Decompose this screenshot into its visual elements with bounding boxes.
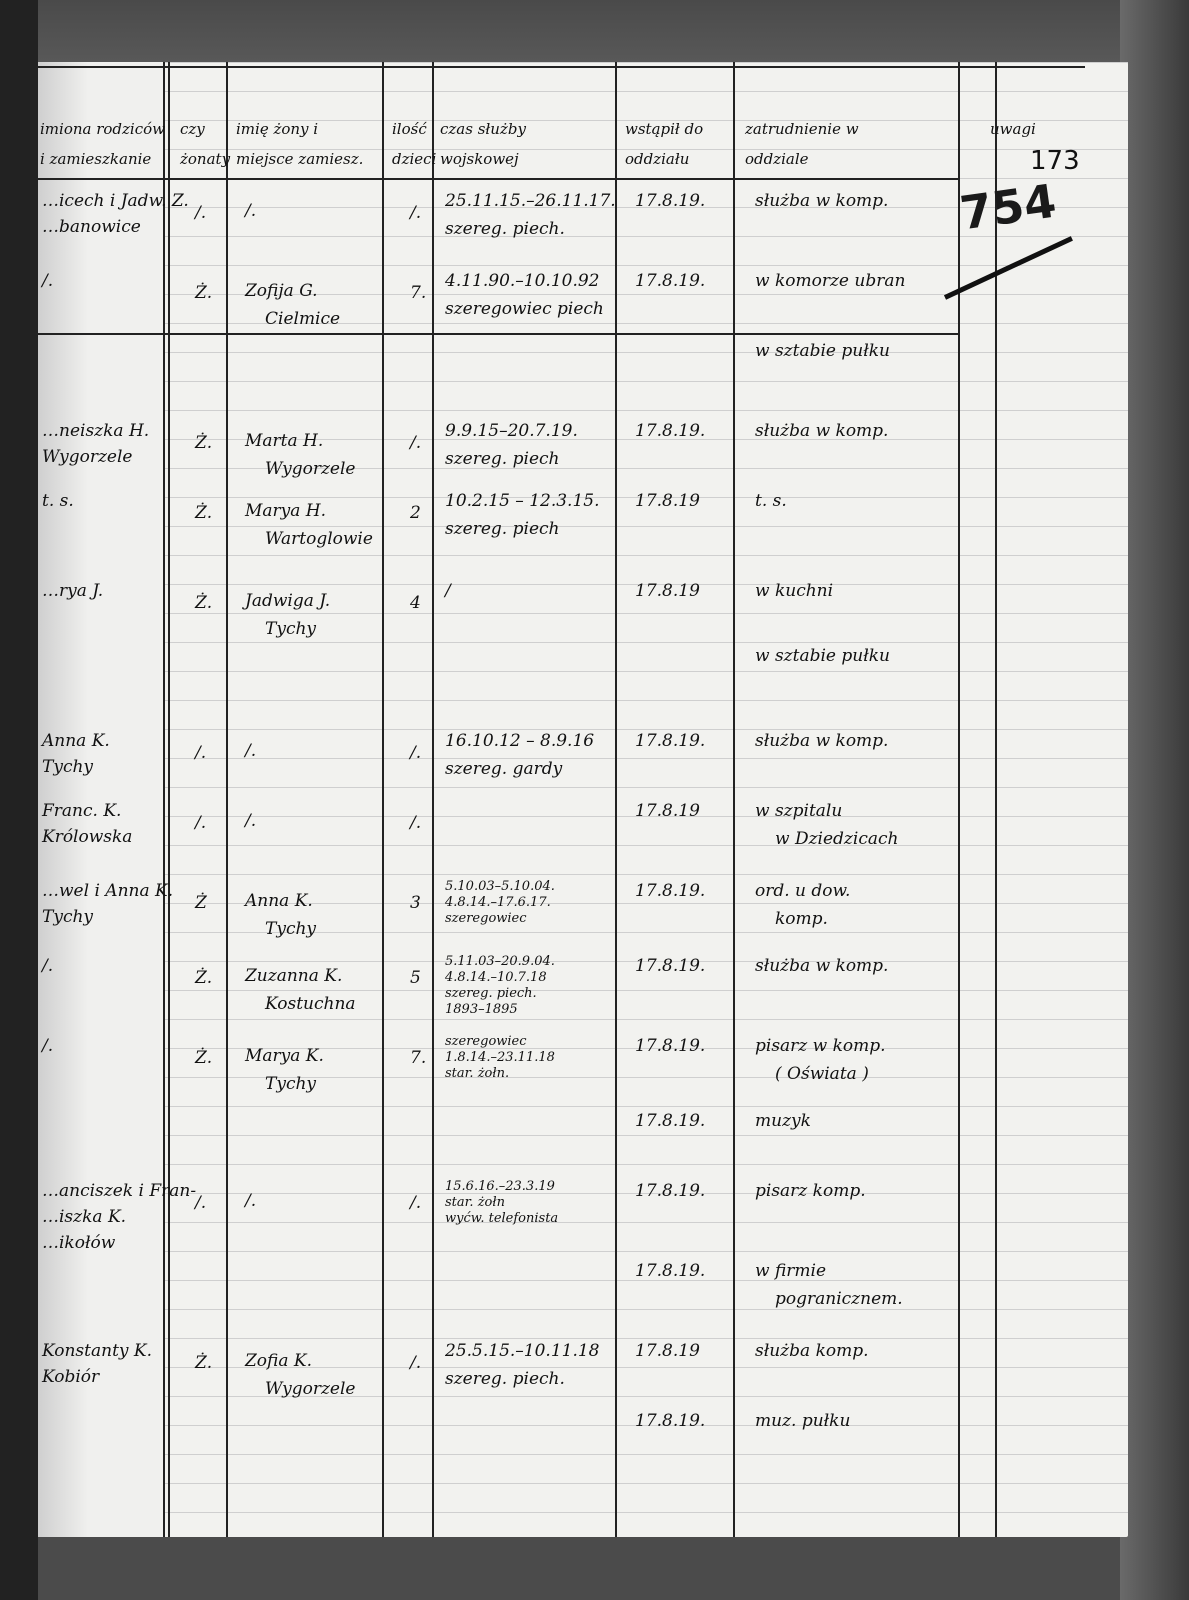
wife-cell: Tychy xyxy=(265,618,316,640)
service-cell: 10.2.15 – 12.3.15. xyxy=(445,490,600,512)
ruled-line xyxy=(38,555,1128,556)
column-divider xyxy=(163,62,165,1537)
scan-background-left xyxy=(0,0,38,1600)
married-cell: /. xyxy=(195,812,206,834)
parents-cell: Tychy xyxy=(42,756,93,778)
married-cell: Ż. xyxy=(195,432,212,454)
service-cell: 16.10.12 – 8.9.16 xyxy=(445,730,594,752)
column-header-wife: imię żony i xyxy=(236,118,318,140)
ruled-line xyxy=(38,91,1128,92)
ruled-line xyxy=(38,1425,1128,1426)
duty-cell: ( Oświata ) xyxy=(775,1063,869,1085)
children-cell: /. xyxy=(410,432,421,454)
ruled-line xyxy=(38,1077,1128,1078)
service-cell: szeregowiec xyxy=(445,1035,527,1049)
ruled-line xyxy=(38,671,1128,672)
service-cell: szereg. piech. xyxy=(445,218,565,240)
ruled-line xyxy=(38,1135,1128,1136)
wife-cell: Wartoglowie xyxy=(265,528,373,550)
duty-cell: służba komp. xyxy=(755,1340,869,1362)
duty-cell: pisarz komp. xyxy=(755,1180,866,1202)
joined-cell: 17.8.19. xyxy=(635,1410,705,1432)
joined-cell: 17.8.19. xyxy=(635,1110,705,1132)
service-cell: 1.8.14.–23.11.18 xyxy=(445,1051,555,1065)
column-header-children: dzieci xyxy=(392,148,436,170)
ruled-line xyxy=(38,265,1128,266)
duty-cell: pisarz w komp. xyxy=(755,1035,886,1057)
ruled-line xyxy=(38,990,1128,991)
ruled-line xyxy=(38,468,1128,469)
ruled-line xyxy=(38,323,1128,324)
parents-cell: Franc. K. xyxy=(42,800,121,822)
column-header-parents: imiona rodziców xyxy=(40,118,165,140)
wife-cell: Zofia K. xyxy=(245,1350,312,1372)
joined-cell: 17.8.19. xyxy=(635,1180,705,1202)
column-header-married: żonaty xyxy=(180,148,230,170)
service-cell: star. żołn. xyxy=(445,1067,509,1081)
joined-cell: 17.8.19. xyxy=(635,1035,705,1057)
column-header-remarks: uwagi xyxy=(990,118,1036,140)
ruled-line xyxy=(38,1280,1128,1281)
duty-cell: muzyk xyxy=(755,1110,811,1132)
duty-cell: w firmie xyxy=(755,1260,826,1282)
joined-cell: 17.8.19. xyxy=(635,880,705,902)
wife-cell: Marya H. xyxy=(245,500,326,522)
ruled-line xyxy=(38,381,1128,382)
children-cell: 5 xyxy=(410,967,421,989)
joined-cell: 17.8.19. xyxy=(635,270,705,292)
parents-cell: Królowska xyxy=(42,826,132,848)
parents-cell: Anna K. xyxy=(42,730,110,752)
service-cell: 15.6.16.–23.3.19 xyxy=(445,1180,555,1194)
top-border xyxy=(38,66,1085,68)
joined-cell: 17.8.19 xyxy=(635,490,700,512)
parents-cell: …banowice xyxy=(42,216,141,238)
married-cell: /. xyxy=(195,1192,206,1214)
children-cell: /. xyxy=(410,1192,421,1214)
duty-cell: muz. pułku xyxy=(755,1410,850,1432)
wife-cell: Zuzanna K. xyxy=(245,965,342,987)
joined-cell: 17.8.19 xyxy=(635,800,700,822)
service-cell: 25.5.15.–10.11.18 xyxy=(445,1340,600,1362)
married-cell: /. xyxy=(195,742,206,764)
ruled-line xyxy=(38,1396,1128,1397)
wife-cell: Wygorzele xyxy=(265,458,355,480)
joined-cell: 17.8.19 xyxy=(635,580,700,602)
wife-cell: Tychy xyxy=(265,1073,316,1095)
duty-cell: w sztabie pułku xyxy=(755,645,890,667)
married-cell: Ż. xyxy=(195,502,212,524)
ruled-line xyxy=(38,787,1128,788)
duty-cell: komp. xyxy=(775,908,828,930)
service-cell: szereg. piech xyxy=(445,448,559,470)
children-cell: /. xyxy=(410,812,421,834)
joined-cell: 17.8.19. xyxy=(635,1260,705,1282)
parents-cell: /. xyxy=(42,955,53,977)
service-cell: szeregowiec piech xyxy=(445,298,604,320)
service-cell: szereg. piech. xyxy=(445,1368,565,1390)
column-divider xyxy=(958,62,960,1537)
parents-cell: …icech i Jadw. Z. xyxy=(42,190,189,212)
joined-cell: 17.8.19. xyxy=(635,420,705,442)
children-cell: 2 xyxy=(410,502,421,524)
parents-cell: …iszka K. xyxy=(42,1206,126,1228)
service-cell: szereg. gardy xyxy=(445,758,562,780)
service-cell: / xyxy=(445,580,451,602)
scan-background-right xyxy=(1120,0,1189,1600)
ruled-line xyxy=(38,584,1128,585)
column-header-married: czy xyxy=(180,118,205,140)
service-cell: 5.11.03–20.9.04. xyxy=(445,955,555,969)
ruled-line xyxy=(38,1106,1128,1107)
ruled-line xyxy=(38,1019,1128,1020)
children-cell: 7. xyxy=(410,282,426,304)
married-cell: Ż. xyxy=(195,1047,212,1069)
children-cell: /. xyxy=(410,202,421,224)
column-header-service: wojskowej xyxy=(440,148,519,170)
column-divider xyxy=(168,62,170,1537)
service-cell: 5.10.03–5.10.04. xyxy=(445,880,555,894)
duty-cell: ord. u dow. xyxy=(755,880,850,902)
service-cell: szeregowiec xyxy=(445,912,527,926)
duty-cell: t. s. xyxy=(755,490,787,512)
parents-cell: …rya J. xyxy=(42,580,103,602)
column-header-parents: i zamieszkanie xyxy=(40,148,151,170)
section-rule xyxy=(38,333,958,335)
ruled-line xyxy=(38,932,1128,933)
ruled-line xyxy=(38,62,1128,63)
duty-cell: służba w komp. xyxy=(755,190,888,212)
ruled-line xyxy=(38,352,1128,353)
wife-cell: Jadwiga J. xyxy=(245,590,330,612)
duty-cell: w szpitalu xyxy=(755,800,842,822)
column-header-duty: oddziale xyxy=(745,148,809,170)
wife-cell: Zofija G. xyxy=(245,280,318,302)
married-cell: Ż. xyxy=(195,1352,212,1374)
column-header-joined: wstąpił do xyxy=(625,118,703,140)
married-cell: Ż. xyxy=(195,282,212,304)
scan-background-top xyxy=(0,0,1189,70)
children-cell: /. xyxy=(410,742,421,764)
married-cell: Ż. xyxy=(195,967,212,989)
parents-cell: …wel i Anna K. xyxy=(42,880,173,902)
service-cell: szereg. piech. xyxy=(445,987,537,1001)
married-cell: Ż. xyxy=(195,592,212,614)
duty-cell: w kuchni xyxy=(755,580,833,602)
column-divider xyxy=(733,62,735,1537)
column-divider xyxy=(615,62,617,1537)
wife-cell: /. xyxy=(245,810,256,832)
parents-cell: t. s. xyxy=(42,490,74,512)
wife-cell: Wygorzele xyxy=(265,1378,355,1400)
wife-cell: /. xyxy=(245,1190,256,1212)
duty-cell: służba w komp. xyxy=(755,730,888,752)
ruled-line xyxy=(38,1309,1128,1310)
column-divider xyxy=(995,62,997,1537)
service-cell: szereg. piech xyxy=(445,518,559,540)
ruled-line xyxy=(38,961,1128,962)
service-cell: 4.8.14.–17.6.17. xyxy=(445,896,551,910)
parents-cell: Wygorzele xyxy=(42,446,132,468)
parents-cell: …neiszka H. xyxy=(42,420,149,442)
ruled-line xyxy=(38,642,1128,643)
ruled-line xyxy=(38,1338,1128,1339)
wife-cell: Tychy xyxy=(265,918,316,940)
column-header-joined: oddziału xyxy=(625,148,689,170)
scan-background-bottom xyxy=(0,1530,1189,1600)
duty-cell: służba w komp. xyxy=(755,420,888,442)
service-cell: 1893–1895 xyxy=(445,1003,518,1017)
parents-cell: /. xyxy=(42,1035,53,1057)
column-header-children: ilość xyxy=(392,118,427,140)
column-header-service: czas służby xyxy=(440,118,526,140)
parents-cell: …anciszek i Fran- xyxy=(42,1180,196,1202)
duty-cell: pogranicznem. xyxy=(775,1288,903,1310)
service-cell: 25.11.15.–26.11.17. xyxy=(445,190,616,212)
service-cell: 4.11.90.–10.10.92 xyxy=(445,270,600,292)
parents-cell: Kobiór xyxy=(42,1366,99,1388)
married-cell: /. xyxy=(195,202,206,224)
page-number-pencil: 173 xyxy=(1030,150,1080,172)
column-header-wife: miejsce zamiesz. xyxy=(236,148,363,170)
ruled-line xyxy=(38,874,1128,875)
ruled-line xyxy=(38,526,1128,527)
service-cell: wyćw. telefonista xyxy=(445,1212,558,1226)
children-cell: 7. xyxy=(410,1047,426,1069)
wife-cell: Marta H. xyxy=(245,430,323,452)
ruled-line xyxy=(38,700,1128,701)
duty-cell: w sztabie pułku xyxy=(755,340,890,362)
wife-cell: Kostuchna xyxy=(265,993,356,1015)
column-divider xyxy=(432,62,434,1537)
ruled-line xyxy=(38,1483,1128,1484)
ruled-line xyxy=(38,1454,1128,1455)
wife-cell: Marya K. xyxy=(245,1045,324,1067)
column-header-duty: zatrudnienie w xyxy=(745,118,859,140)
wife-cell: /. xyxy=(245,200,256,222)
wife-cell: Anna K. xyxy=(245,890,313,912)
ruled-line xyxy=(38,845,1128,846)
ruled-line xyxy=(38,1251,1128,1252)
parents-cell: Tychy xyxy=(42,906,93,928)
ruled-line xyxy=(38,1512,1128,1513)
header-bottom-rule xyxy=(38,178,958,180)
children-cell: 3 xyxy=(410,892,421,914)
duty-cell: służba w komp. xyxy=(755,955,888,977)
children-cell: 4 xyxy=(410,592,421,614)
joined-cell: 17.8.19 xyxy=(635,1340,700,1362)
ruled-line xyxy=(38,1222,1128,1223)
parents-cell: /. xyxy=(42,270,53,292)
service-cell: 4.8.14.–10.7.18 xyxy=(445,971,547,985)
duty-cell: w Dziedzicach xyxy=(775,828,898,850)
ruled-line xyxy=(38,1164,1128,1165)
column-divider xyxy=(382,62,384,1537)
wife-cell: /. xyxy=(245,740,256,762)
service-cell: star. żołn xyxy=(445,1196,505,1210)
column-divider xyxy=(226,62,228,1537)
joined-cell: 17.8.19. xyxy=(635,730,705,752)
parents-cell: …ikołów xyxy=(42,1232,115,1254)
children-cell: /. xyxy=(410,1352,421,1374)
parents-cell: Konstanty K. xyxy=(42,1340,152,1362)
wife-cell: Cielmice xyxy=(265,308,340,330)
duty-cell: w komorze ubran xyxy=(755,270,905,292)
married-cell: Ż xyxy=(195,892,207,914)
ruled-line xyxy=(38,410,1128,411)
service-cell: 9.9.15–20.7.19. xyxy=(445,420,578,442)
joined-cell: 17.8.19. xyxy=(635,190,705,212)
joined-cell: 17.8.19. xyxy=(635,955,705,977)
